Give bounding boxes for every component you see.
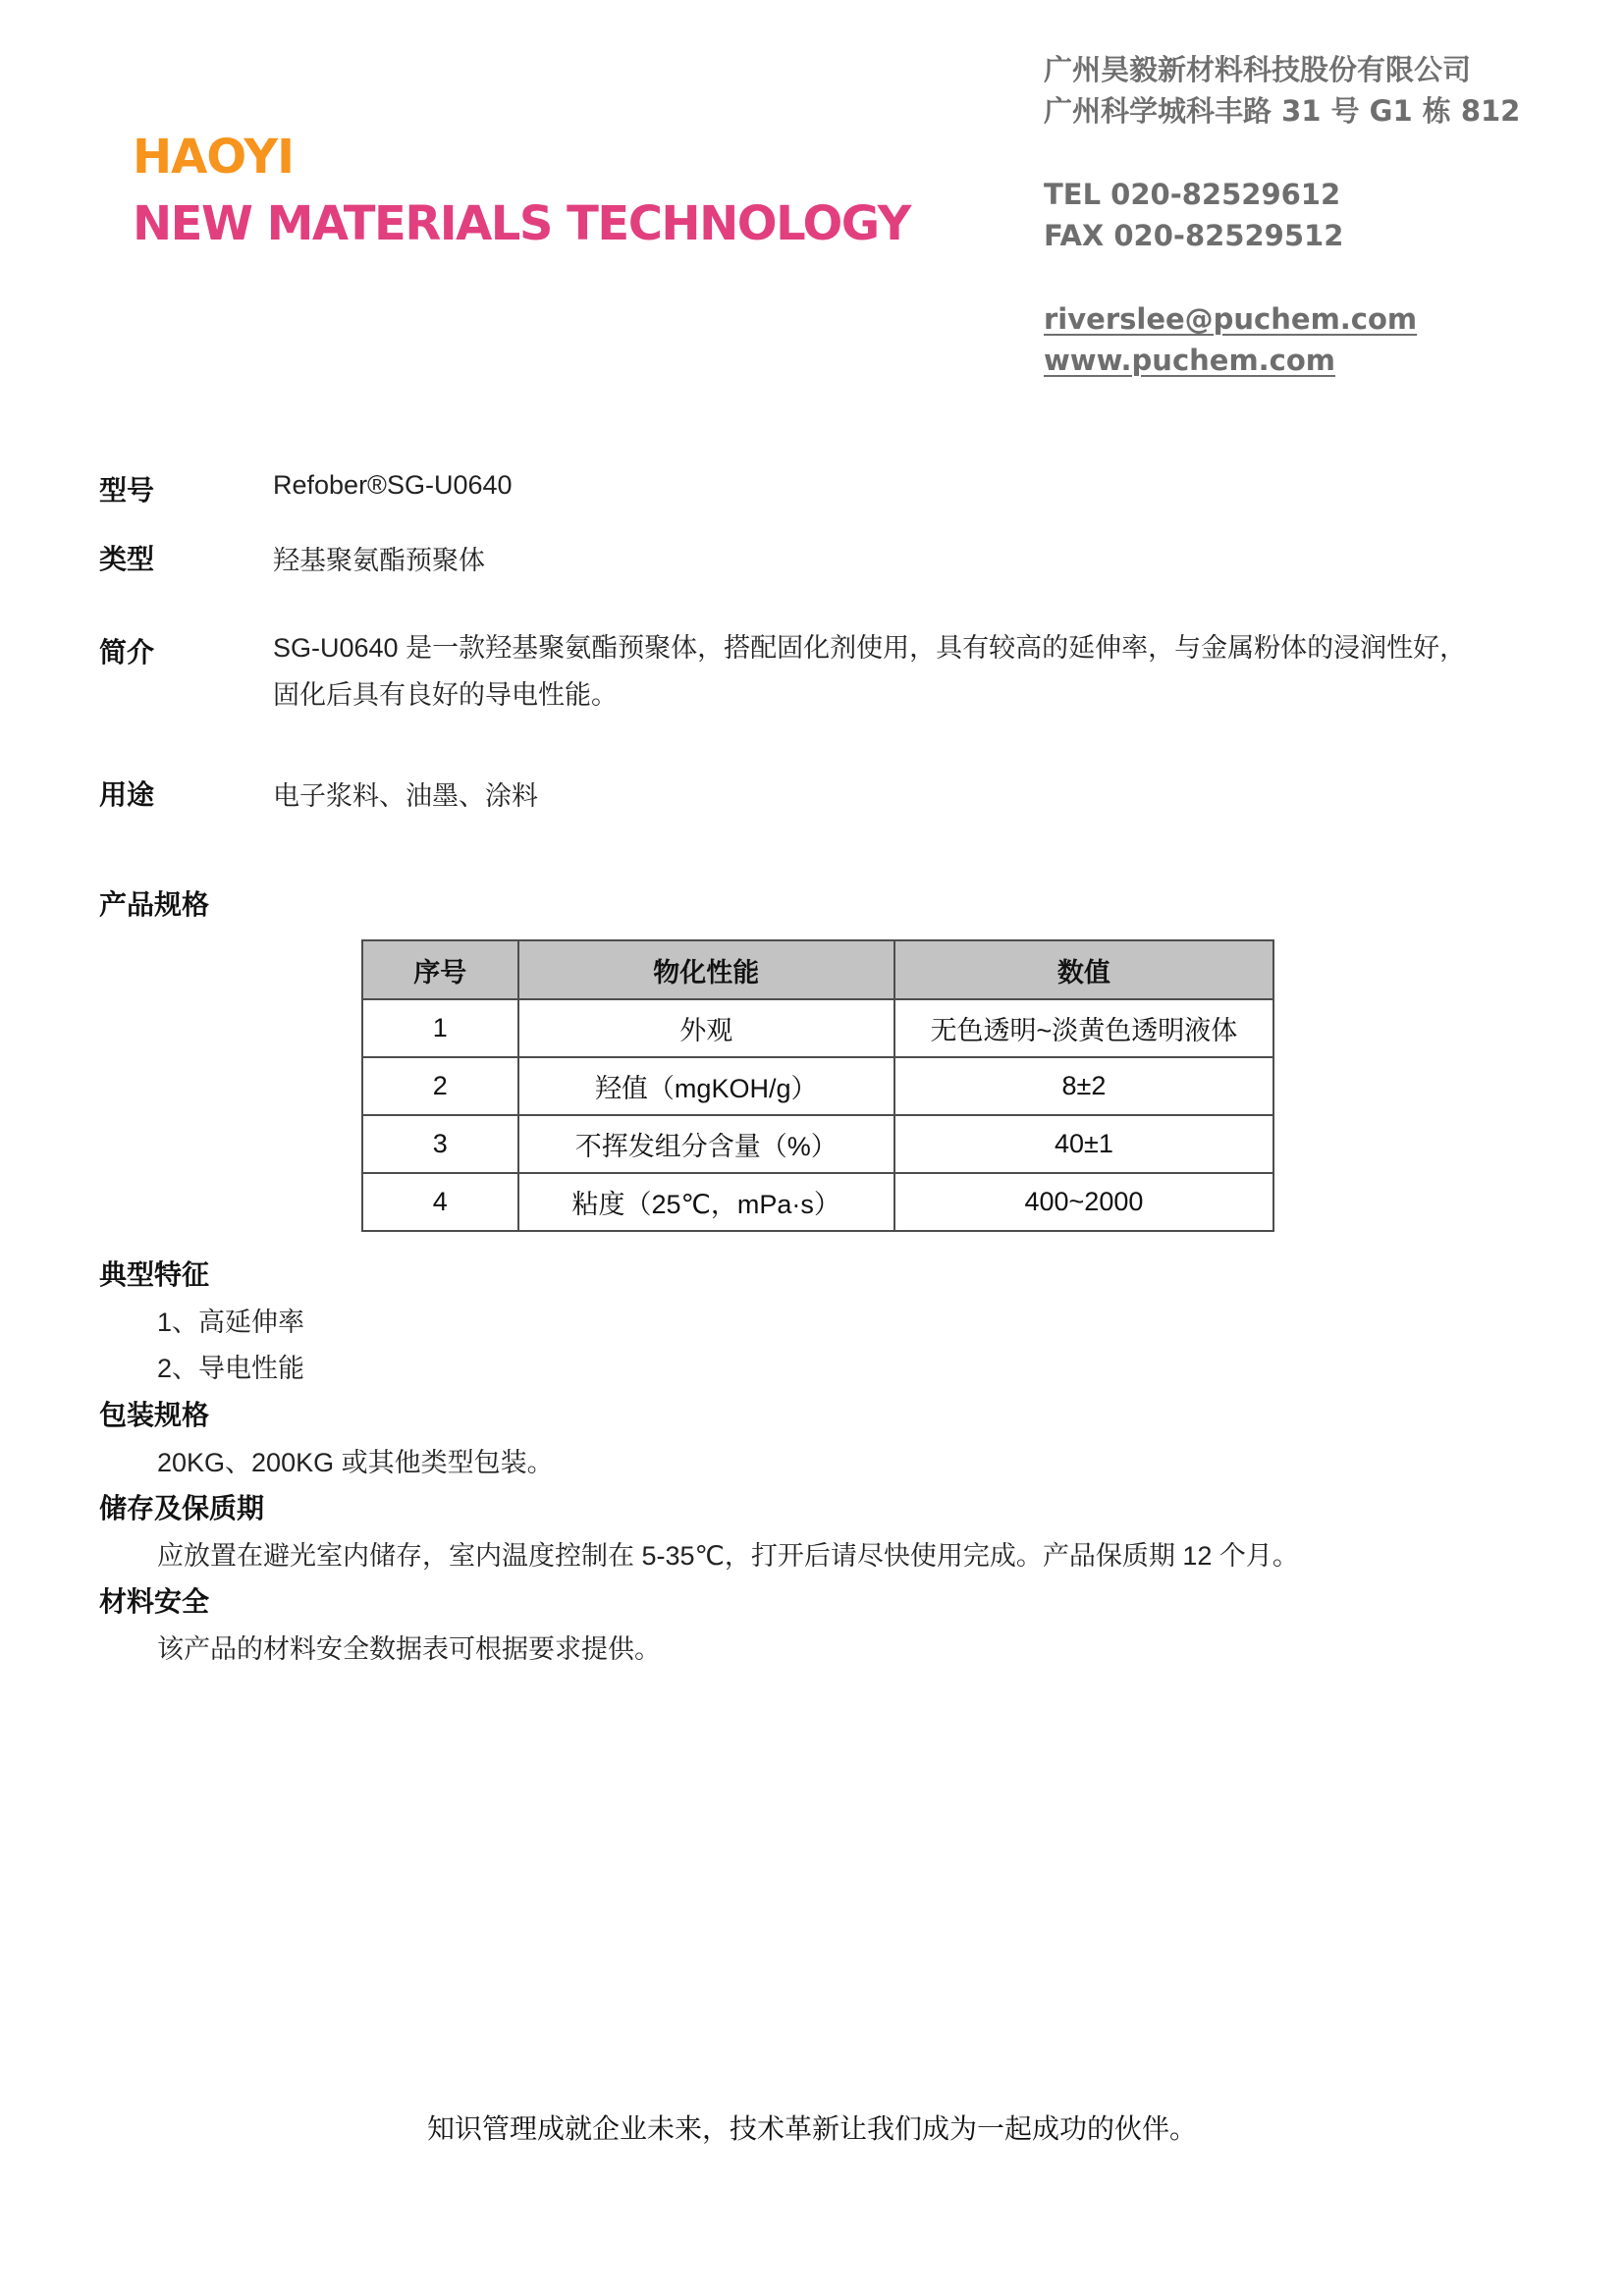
model-label: 型号: [99, 469, 154, 508]
col-header-index: 序号: [362, 940, 518, 999]
packaging-text: 20KG、200KG 或其他类型包装。: [157, 1441, 554, 1479]
cell-property: 粘度（25℃，mPa·s）: [518, 1173, 894, 1231]
table-row: 3 不挥发组分含量（%） 40±1: [362, 1115, 1273, 1173]
cell-index: 2: [362, 1057, 518, 1115]
feature-item: 1、高延伸率: [157, 1301, 304, 1339]
safety-title: 材料安全: [99, 1580, 209, 1620]
features-title: 典型特征: [99, 1254, 209, 1293]
company-address: 广州科学城科丰路 31 号 G1 栋 812: [1044, 90, 1520, 132]
use-label: 用途: [99, 774, 154, 813]
email-link[interactable]: riverslee@puchem.com: [1044, 302, 1417, 336]
storage-text: 应放置在避光室内储存，室内温度控制在 5-35℃，打开后请尽快使用完成。产品保质…: [157, 1534, 1299, 1573]
use-value: 电子浆料、油墨、涂料: [273, 774, 538, 813]
col-header-property: 物化性能: [518, 940, 894, 999]
footer-slogan: 知识管理成就企业未来，技术革新让我们成为一起成功的伙伴。: [0, 2108, 1624, 2147]
spec-title: 产品规格: [99, 883, 209, 923]
cell-property: 不挥发组分含量（%）: [518, 1115, 894, 1173]
cell-value: 40±1: [894, 1115, 1273, 1173]
brand-tagline: NEW MATERIALS TECHNOLOGY: [133, 194, 910, 253]
table-row: 1 外观 无色透明~淡黄色透明液体: [362, 999, 1273, 1057]
table-row: 2 羟值（mgKOH/g） 8±2: [362, 1057, 1273, 1115]
cell-value: 400~2000: [894, 1173, 1273, 1231]
intro-text: SG-U0640 是一款羟基聚氨酯预聚体，搭配固化剂使用，具有较高的延伸率，与金…: [273, 624, 1549, 719]
telephone: TEL 020-82529612: [1044, 174, 1340, 215]
packaging-title: 包装规格: [99, 1394, 209, 1433]
storage-title: 储存及保质期: [99, 1487, 264, 1526]
cell-value: 8±2: [894, 1057, 1273, 1115]
cell-value: 无色透明~淡黄色透明液体: [894, 999, 1273, 1057]
intro-label: 简介: [99, 631, 154, 670]
table-row: 4 粘度（25℃，mPa·s） 400~2000: [362, 1173, 1273, 1231]
cell-index: 4: [362, 1173, 518, 1231]
type-label: 类型: [99, 538, 154, 577]
model-value: Refober®SG-U0640: [273, 470, 513, 501]
spec-table: 序号 物化性能 数值 1 外观 无色透明~淡黄色透明液体 2 羟值（mgKOH/…: [361, 939, 1274, 1232]
intro-line-2: 固化后具有良好的导电性能。: [273, 671, 1549, 719]
company-name: 广州昊毅新材料科技股份有限公司: [1044, 49, 1471, 90]
feature-item: 2、导电性能: [157, 1347, 304, 1385]
col-header-value: 数值: [894, 940, 1273, 999]
cell-index: 1: [362, 999, 518, 1057]
spec-header-row: 序号 物化性能 数值: [362, 940, 1273, 999]
website-link[interactable]: www.puchem.com: [1044, 344, 1335, 377]
cell-property: 外观: [518, 999, 894, 1057]
cell-property: 羟值（mgKOH/g）: [518, 1057, 894, 1115]
type-value: 羟基聚氨酯预聚体: [273, 539, 485, 577]
intro-line-1: SG-U0640 是一款羟基聚氨酯预聚体，搭配固化剂使用，具有较高的延伸率，与金…: [273, 624, 1549, 671]
cell-index: 3: [362, 1115, 518, 1173]
brand-name: HAOYI: [133, 128, 294, 187]
fax: FAX 020-82529512: [1044, 215, 1343, 256]
safety-text: 该产品的材料安全数据表可根据要求提供。: [157, 1628, 661, 1666]
